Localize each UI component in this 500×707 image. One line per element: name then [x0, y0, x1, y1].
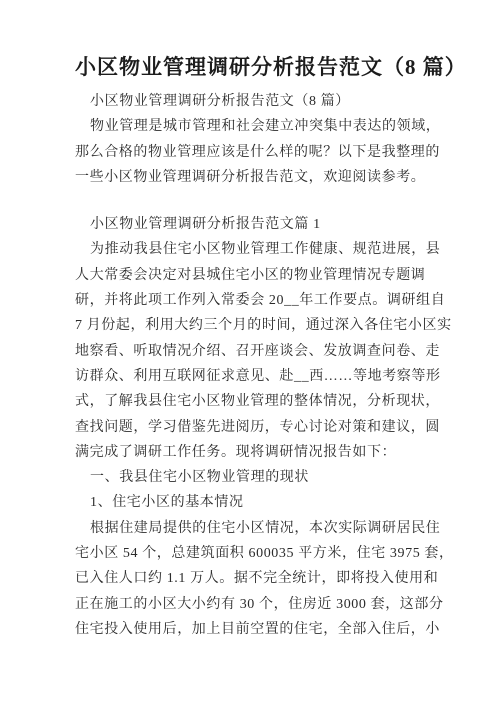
text-line: 住宅投入使用后，加上目前空置的住宅，全部入住后，小 [75, 617, 430, 642]
text-line: 为推动我县住宅小区物业管理工作健康、规范进展，县 [75, 237, 430, 262]
text-line: 地察看、听取情况介绍、召开座谈会、发放调查问卷、走 [75, 339, 430, 364]
text-line: 研，并将此项工作列入常委会 20__年工作要点。调研组自 [75, 288, 430, 313]
text-line: 已入住人口约 1.1 万人。据不完全统计，即将投入使用和 [75, 566, 430, 591]
text-line: 7 月份起，利用大约三个月的时间，通过深入各住宅小区实 [75, 313, 430, 338]
text-line: 访群众、利用互联网征求意见、赴__西……等地考察等形 [75, 364, 430, 389]
text-line: 一些小区物业管理调研分析报告范文，欢迎阅读参考。 [75, 165, 430, 190]
text-line: 根据住建局提供的住宅小区情况，本次实际调研居民住 [75, 516, 430, 541]
text-line: 查找问题，学习借鉴先进阅历，专心讨论对策和建议，圆 [75, 415, 430, 440]
section-heading-part1: 小区物业管理调研分析报告范文篇 1 [75, 212, 430, 237]
text-line: 1、住宅小区的基本情况 [75, 490, 430, 515]
text-line: 式，了解我县住宅小区物业管理的整体情况，分析现状， [75, 389, 430, 414]
document-page: 小区物业管理调研分析报告范文（8 篇） 小区物业管理调研分析报告范文（8 篇） … [0, 0, 500, 707]
document-subtitle: 小区物业管理调研分析报告范文（8 篇） [75, 89, 430, 114]
body-paragraph: 为推动我县住宅小区物业管理工作健康、规范进展，县 人大常委会决定对县城住宅小区的… [75, 237, 430, 465]
text-line: 正在施工的小区大小约有 30 个，住房近 3000 套，这部分 [75, 592, 430, 617]
text-line: 人大常委会决定对县城住宅小区的物业管理情况专题调 [75, 263, 430, 288]
text-line: 那么合格的物业管理应该是什么样的呢？以下是我整理的 [75, 140, 430, 165]
text-line: 小区物业管理调研分析报告范文篇 1 [75, 212, 430, 237]
document-title: 小区物业管理调研分析报告范文（8 篇） [75, 50, 430, 84]
section-heading-basic-situation: 1、住宅小区的基本情况 [75, 490, 430, 515]
section-heading-current-status: 一、我县住宅小区物业管理的现状 [75, 465, 430, 490]
intro-paragraph: 物业管理是城市管理和社会建立冲突集中表达的领域， 那么合格的物业管理应该是什么样… [75, 114, 430, 190]
body-paragraph: 根据住建局提供的住宅小区情况，本次实际调研居民住 宅小区 54 个，总建筑面积 … [75, 516, 430, 642]
text-line: 物业管理是城市管理和社会建立冲突集中表达的领域， [75, 114, 430, 139]
text-line: 满完成了调研工作任务。现将调研情况报告如下： [75, 440, 430, 465]
text-line: 一、我县住宅小区物业管理的现状 [75, 465, 430, 490]
text-line: 小区物业管理调研分析报告范文（8 篇） [75, 89, 430, 114]
text-line: 宅小区 54 个，总建筑面积 600035 平方米，住宅 3975 套， [75, 541, 430, 566]
